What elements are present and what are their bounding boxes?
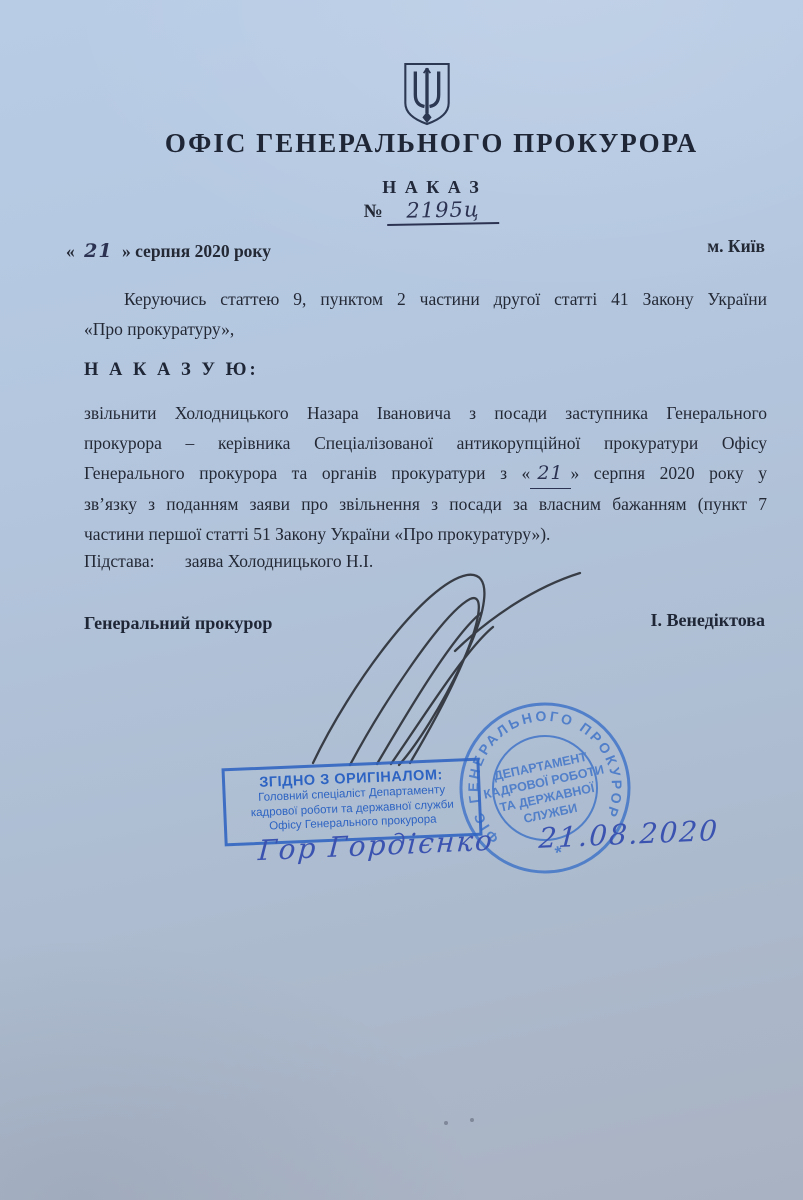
paper-speck — [444, 1121, 448, 1125]
doc-type: Н А К А З — [60, 177, 803, 198]
decree-line: зв’язку з поданням заяви про звільнення … — [84, 489, 767, 519]
org-title: ОФІС ГЕНЕРАЛЬНОГО ПРОКУРОРА — [60, 128, 803, 159]
preamble: Керуючись статтею 9, пунктом 2 частини д… — [84, 284, 767, 344]
order-number-row: № 2195ц — [60, 198, 803, 225]
date-close-quote: » — [122, 241, 131, 261]
order-number-handwritten: 2195ц — [387, 197, 499, 226]
decree-line: прокурора – керівника Спеціалізованої ан… — [84, 428, 767, 458]
signer-name: І. Венедіктова — [651, 610, 765, 631]
preamble-line: «Про прокуратуру», — [84, 314, 767, 344]
decree-line: звільнити Холодницького Назара Івановича… — [84, 398, 767, 428]
decree-day-handwritten: 21 — [530, 458, 570, 489]
signer-title: Генеральний прокурор — [84, 613, 272, 634]
document-photo: ОФІС ГЕНЕРАЛЬНОГО ПРОКУРОРА Н А К А З № … — [0, 0, 803, 1200]
paper-speck — [470, 1118, 474, 1122]
basis-label: Підстава: — [84, 551, 154, 571]
decree-line: частини першої статті 51 Закону України … — [84, 519, 767, 549]
decree-paragraph: звільнити Холодницького Назара Івановича… — [84, 398, 767, 549]
decree-line3a: Генерального прокурора та органів прокур… — [84, 463, 530, 483]
decree-line-with-day: Генерального прокурора та органів прокур… — [84, 458, 767, 489]
order-word: Н А К А З У Ю: — [84, 360, 259, 381]
tryzub-shield-icon — [402, 61, 452, 127]
city-label: м. Київ — [707, 236, 765, 257]
decree-line3b: » серпня 2020 року у — [571, 463, 767, 483]
date-day-handwritten: 21 — [79, 240, 117, 262]
date-rest: серпня 2020 року — [135, 241, 271, 261]
date-open-quote: « — [66, 241, 75, 261]
preamble-line: Керуючись статтею 9, пунктом 2 частини д… — [84, 284, 767, 314]
number-sign: № — [364, 201, 383, 222]
date-line: « 21 » серпня 2020 року — [66, 240, 271, 262]
certifier-signature-date: 21.08.2020 — [538, 814, 720, 855]
